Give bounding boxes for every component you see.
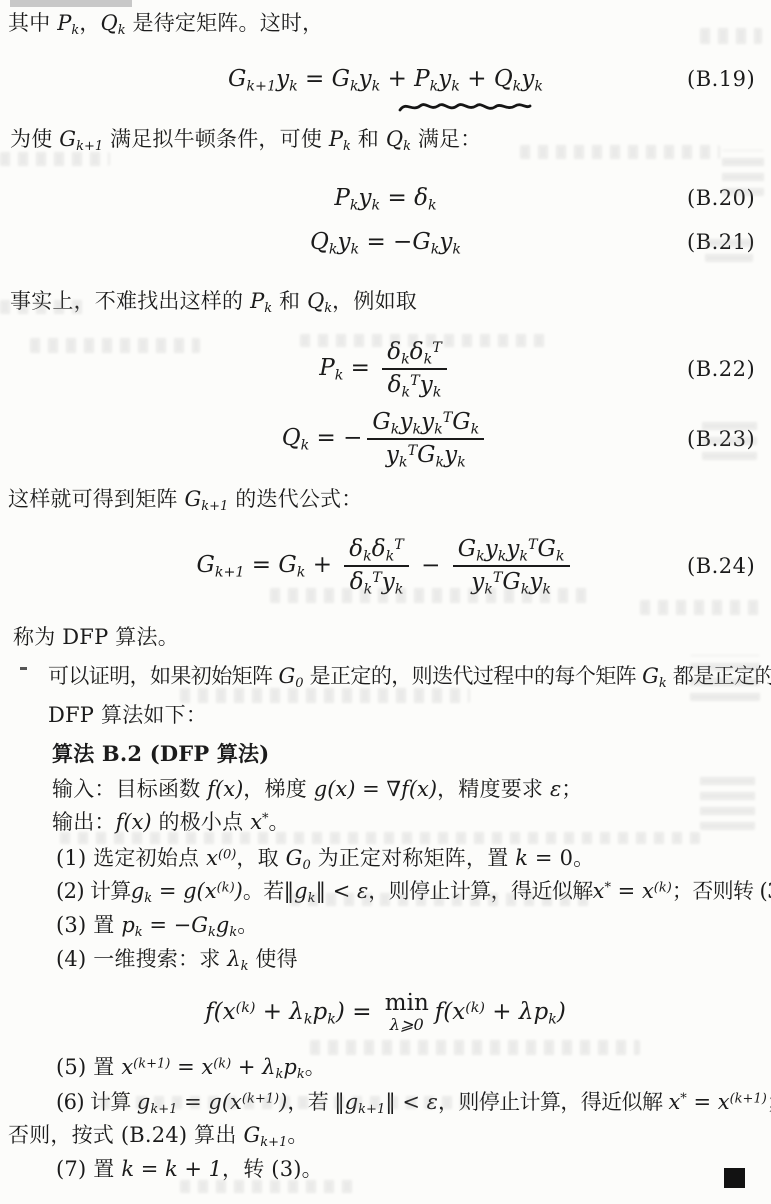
paragraph-intro: 其中 Pk，Qk 是待定矩阵。这时， (8, 10, 323, 37)
equation-label-B22: (B.22) (687, 357, 755, 381)
fraction-denominator: δkTyk (344, 567, 409, 595)
bleedthrough-artifact (520, 145, 720, 159)
equation-B21-body: Qkyk = −Gkyk (310, 229, 461, 255)
equation-B22: Pk = δkδkTδkTyk (B.22) (0, 330, 771, 408)
equation-line-search: f(x(k) + λkpk) = minλ⩾0f(x(k) + λpk) (0, 986, 771, 1040)
algorithm-step-1: (1) 选定初始点 x(0)，取 G0 为正定对称矩阵，置 k = 0。 (56, 845, 594, 872)
hand-drawn-wavy-underline (396, 96, 534, 118)
equation-B24-body: Gk+1 = Gk + δkδkTδkTyk − GkykykTGkykTGky… (196, 537, 574, 596)
equation-label-B19: (B.19) (687, 67, 755, 91)
paragraph-quasi-newton-condition: 为使 Gk+1 满足拟牛顿条件，可使 Pk 和 Qk 满足： (10, 126, 481, 153)
min-operator: minλ⩾0 (385, 992, 429, 1033)
equation-B19: Gk+1yk = Gkyk + Pkyk + Qkyk (B.19) (0, 58, 771, 100)
bleedthrough-artifact (700, 28, 762, 44)
scan-artifact-dash (20, 667, 27, 670)
paragraph-iteration-formula: 这样就可得到矩阵 Gk+1 的迭代公式： (8, 486, 362, 513)
equation-label-B23: (B.23) (687, 427, 755, 451)
equation-label-B24: (B.24) (687, 554, 755, 578)
equation-B24: Gk+1 = Gk + δkδkTδkTyk − GkykykTGkykTGky… (0, 526, 771, 606)
equation-B23: Qk = −GkykykTGkykTGkyk (B.23) (0, 400, 771, 478)
equation-label-B20: (B.20) (687, 186, 755, 210)
algorithm-step-6-continued: 否则，按式 (B.24) 算出 Gk+1。 (8, 1122, 309, 1149)
paragraph-dfp-follows: DFP 算法如下： (48, 702, 207, 729)
paragraph-called-dfp: 称为 DFP 算法。 (13, 624, 179, 651)
scanned-textbook-page: { "doc": { "para1": "其中 <span class='m'>… (0, 0, 771, 1204)
equation-B24-lhs: Gk+1 = Gk + (196, 552, 339, 578)
algorithm-step-5: (5) 置 x(k+1) = x(k) + λkpk。 (56, 1054, 326, 1081)
equation-line-search-body: f(x(k) + λkpk) = minλ⩾0f(x(k) + λpk) (205, 992, 566, 1033)
paragraph-positive-definite: 可以证明，如果初始矩阵 G0 是正定的，则迭代过程中的每个矩阵 Gk 都是正定的… (48, 663, 771, 690)
algorithm-step-4: (4) 一维搜索：求 λk 使得 (56, 946, 298, 973)
fraction-numerator: GkykykTGk (367, 410, 484, 440)
fraction-denominator: ykTGkyk (453, 567, 570, 595)
fraction-numerator: GkykykTGk (453, 537, 570, 567)
min-operator-name: min (385, 992, 429, 1015)
equation-line-search-rhs: f(x(k) + λpk) (435, 999, 566, 1025)
fraction-denominator: δkTyk (382, 370, 447, 398)
fraction-denominator: ykTGkyk (367, 440, 484, 468)
algorithm-input-line: 输入：目标函数 f(x)，梯度 g(x) = ∇f(x)，精度要求 ε； (52, 776, 582, 803)
fraction-numerator: δkδkT (344, 537, 409, 567)
scan-artifact-gray-bar (10, 0, 132, 7)
algorithm-title: 算法 B.2 (DFP 算法) (52, 740, 269, 767)
equation-B22-lhs: Pk = (319, 355, 377, 381)
algorithm-step-7: (7) 置 k = k + 1，转 (3)。 (56, 1156, 323, 1183)
equation-B23-body: Qk = −GkykykTGkykTGkyk (282, 410, 490, 469)
fraction: δkδkTδkTyk (344, 537, 409, 596)
equation-B23-lhs: Qk = − (282, 425, 363, 451)
min-operator-condition: λ⩾0 (390, 1017, 424, 1033)
equation-B20-body: Pkyk = δk (334, 185, 436, 211)
algorithm-step-3: (3) 置 pk = −Gkgk。 (56, 912, 258, 939)
fraction: GkykykTGkykTGkyk (453, 537, 570, 596)
equation-B20: Pkyk = δk (B.20) (0, 180, 771, 216)
minus-sign: − (414, 552, 448, 578)
algorithm-output-line: 输出：f(x) 的极小点 x*。 (52, 809, 290, 836)
algorithm-step-2: (2) 计算gk = g(x(k))。若‖gk‖ < ε，则停止计算，得近似解x… (56, 878, 771, 905)
fraction-numerator: δkδkT (382, 340, 447, 370)
fraction: GkykykTGkykTGkyk (367, 410, 484, 469)
bleedthrough-artifact (310, 1040, 640, 1055)
equation-B19-body: Gk+1yk = Gkyk + Pkyk + Qkyk (228, 66, 543, 92)
bleedthrough-artifact (700, 770, 755, 830)
algorithm-step-6: (6) 计算 gk+1 = g(x(k+1))，若 ‖gk+1‖ < ε，则停止… (56, 1089, 771, 1116)
paragraph-in-fact: 事实上，不难找出这样的 Pk 和 Qk，例如取 (10, 288, 417, 315)
scan-artifact-black-mark (724, 1168, 745, 1188)
equation-B22-body: Pk = δkδkTδkTyk (319, 340, 452, 399)
equation-label-B21: (B.21) (687, 230, 755, 254)
equation-line-search-lhs: f(x(k) + λkpk) = (205, 999, 379, 1025)
equation-B21: Qkyk = −Gkyk (B.21) (0, 224, 771, 260)
bleedthrough-artifact (0, 152, 110, 166)
fraction: δkδkTδkTyk (382, 340, 447, 399)
